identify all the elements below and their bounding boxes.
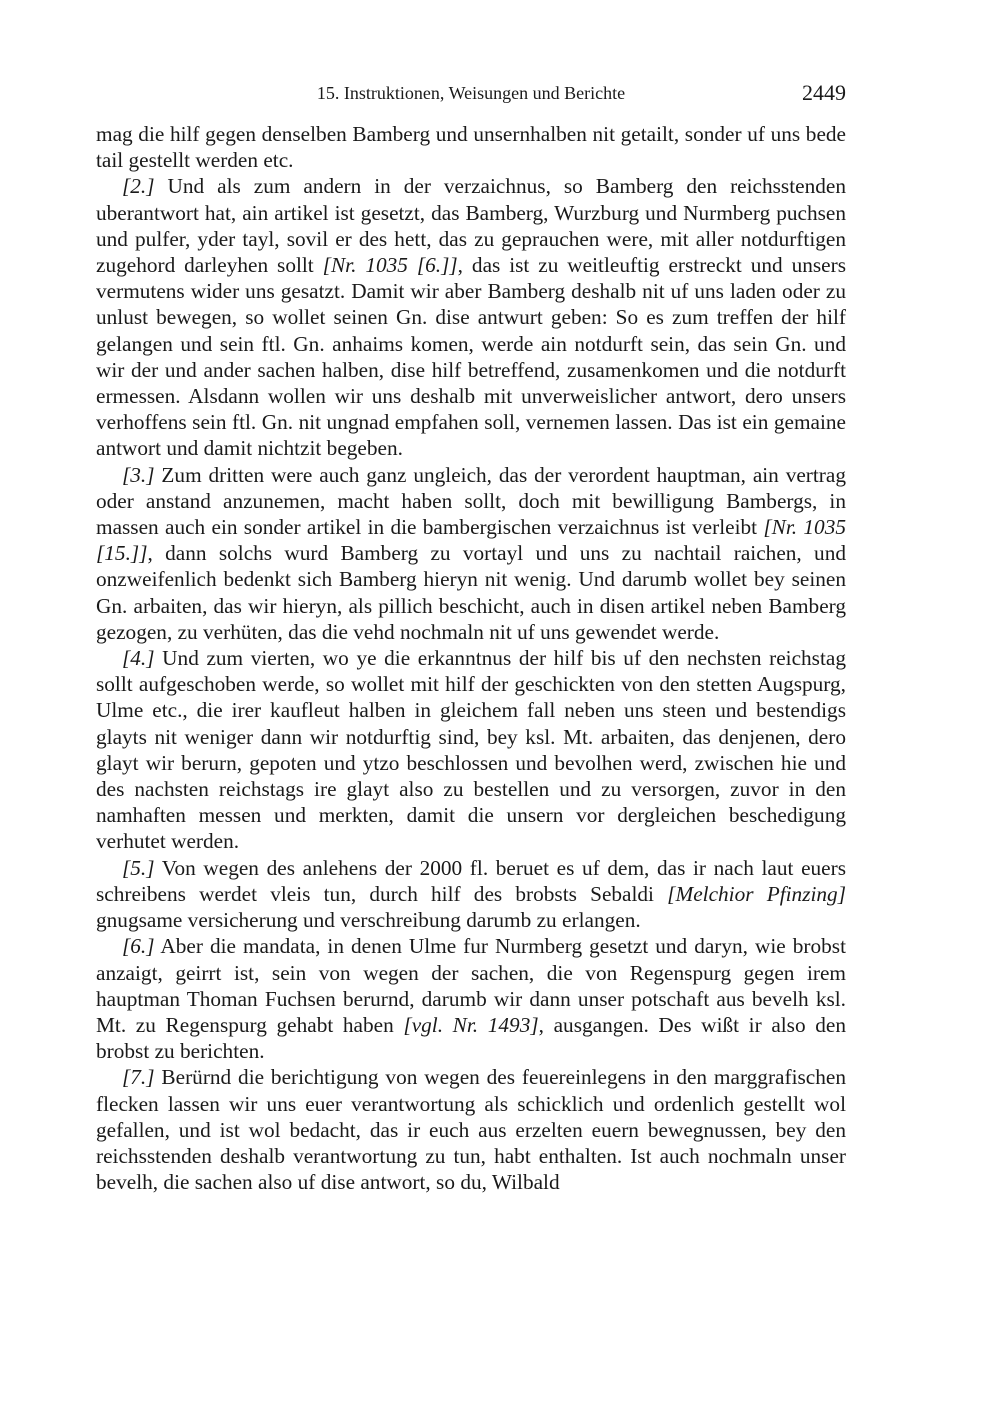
text-segment: Berürnd die berichtigung von wegen des f… — [96, 1065, 846, 1194]
cross-reference: [vgl. Nr. 1493] — [403, 1013, 538, 1037]
paragraph-5: [5.] Von wegen des anlehens der 2000 fl.… — [96, 855, 846, 934]
text-segment: , dann solchs wurd Bamberg zu vortayl un… — [96, 541, 846, 644]
section-marker: [6.] — [122, 934, 155, 958]
paragraph-3: [3.] Zum dritten were auch ganz ungleich… — [96, 462, 846, 645]
section-marker: [7.] — [122, 1065, 155, 1089]
body-text: mag die hilf gegen denselben Bamberg und… — [96, 121, 846, 1195]
editorial-note: [Melchior Pfinzing] — [667, 882, 846, 906]
running-title: 15. Instruktionen, Weisungen und Bericht… — [96, 83, 846, 104]
paragraph-continuation: mag die hilf gegen denselben Bamberg und… — [96, 121, 846, 173]
paragraph-2: [2.] Und als zum andern in der verzaichn… — [96, 173, 846, 461]
paragraph-6: [6.] Aber die mandata, in denen Ulme fur… — [96, 933, 846, 1064]
text-segment: Und zum vierten, wo ye die erkanntnus de… — [96, 646, 846, 853]
page-number: 2449 — [802, 80, 846, 106]
section-marker: [2.] — [122, 174, 155, 198]
paragraph-7: [7.] Berürnd die berichtigung von wegen … — [96, 1064, 846, 1195]
section-marker: [3.] — [122, 463, 155, 487]
paragraph-4: [4.] Und zum vierten, wo ye die erkanntn… — [96, 645, 846, 855]
text-segment: mag die hilf gegen denselben Bamberg und… — [96, 122, 846, 172]
text-segment: Zum dritten were auch ganz ungleich, das… — [96, 463, 846, 539]
cross-reference: [Nr. 1035 [6.]] — [323, 253, 458, 277]
text-segment: gnugsame versicherung und verschreibung … — [96, 908, 641, 932]
page-header: 15. Instruktionen, Weisungen und Bericht… — [96, 80, 846, 106]
text-segment: , das ist zu weitleuftig erstreckt und u… — [96, 253, 846, 460]
section-marker: [5.] — [122, 856, 155, 880]
section-marker: [4.] — [122, 646, 155, 670]
